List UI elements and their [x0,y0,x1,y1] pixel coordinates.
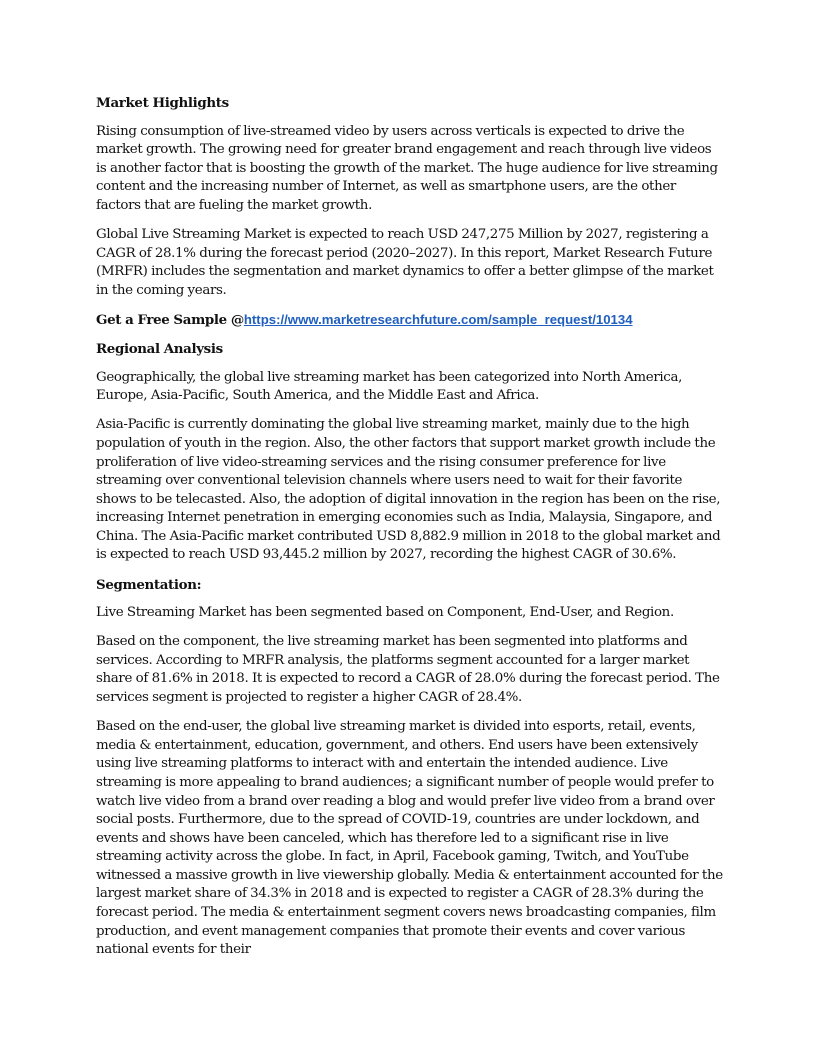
document-page: Market Highlights Rising consumption of … [96,94,724,970]
paragraph-segmentation-2: Based on the component, the live streami… [96,633,724,707]
paragraph-segmentation-3: Based on the end-user, the global live s… [96,718,724,960]
paragraph-market-highlights-2: Global Live Streaming Market is expected… [96,226,724,300]
heading-segmentation: Segmentation: [96,576,724,595]
paragraph-segmentation-1: Live Streaming Market has been segmented… [96,604,724,623]
paragraph-market-highlights-1: Rising consumption of live-streamed vide… [96,123,724,216]
paragraph-regional-analysis-1: Geographically, the global live streamin… [96,369,724,406]
free-sample-label: Get a Free Sample @ [96,312,244,328]
heading-regional-analysis: Regional Analysis [96,340,724,359]
heading-market-highlights: Market Highlights [96,94,724,113]
free-sample-line: Get a Free Sample @https://www.marketres… [96,311,724,330]
paragraph-regional-analysis-2: Asia-Pacific is currently dominating the… [96,416,724,565]
free-sample-link[interactable]: https://www.marketresearchfuture.com/sam… [244,312,633,327]
